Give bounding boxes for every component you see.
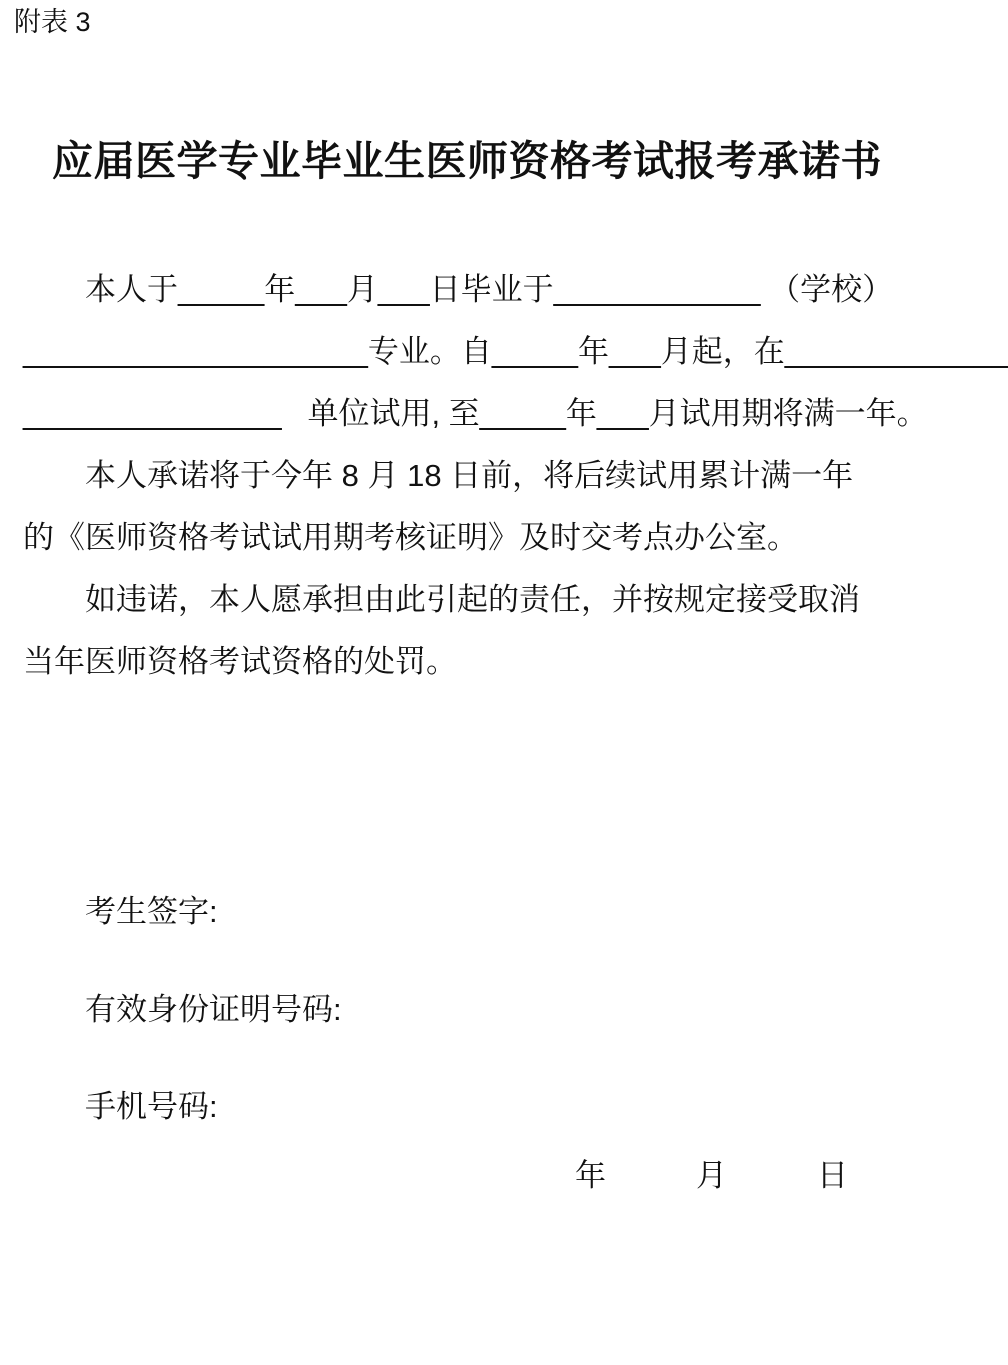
document-title: 应届医学专业毕业生医师资格考试报考承诺书: [0, 128, 1008, 187]
document-page: 附表 3 应届医学专业毕业生医师资格考试报考承诺书 本人于_____年___月_…: [0, 0, 1008, 1365]
date-year-label: 年: [575, 1157, 606, 1195]
id-number-label: 有效身份证明号码:: [85, 991, 342, 1029]
document-body: 本人于_____年___月___日毕业于____________ （学校） __…: [23, 259, 993, 693]
body-line-major-start: ____________________专业。自_____年___月起，在___…: [23, 321, 993, 383]
body-line-commitment: 本人承诺将于今年 8 月 18 日前，将后续试用累计满一年: [23, 445, 993, 507]
body-line-graduation: 本人于_____年___月___日毕业于____________ （学校）: [23, 259, 993, 321]
appendix-label: 附表 3: [14, 5, 91, 39]
body-line-violation: 如违诺，本人愿承担由此引起的责任，并按规定接受取消: [23, 569, 993, 631]
date-day-label: 日: [817, 1157, 848, 1195]
date-line: 年 月 日: [575, 1157, 848, 1195]
phone-number-label: 手机号码:: [85, 1088, 218, 1126]
body-line-penalty: 当年医师资格考试资格的处罚。: [23, 631, 993, 693]
date-month-label: 月: [696, 1157, 727, 1195]
body-line-probation: _______________ 单位试用, 至_____年___月试用期将满一年…: [23, 383, 993, 445]
body-line-certificate: 的《医师资格考试试用期考核证明》及时交考点办公室。: [23, 507, 993, 569]
signer-label: 考生签字:: [85, 893, 218, 931]
